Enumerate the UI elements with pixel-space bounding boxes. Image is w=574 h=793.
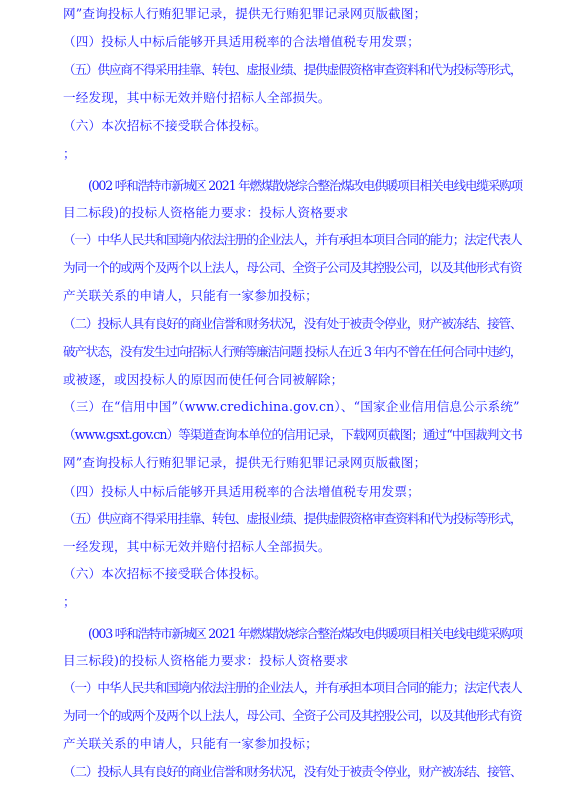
text-line: ； (63, 146, 523, 162)
text-line: （三）在“信用中国”（www.credichina.gov.cn）、“国家企业信… (63, 399, 523, 415)
text-line: ； (63, 594, 523, 610)
text-line: （一）中华人民共和国境内依法注册的企业法人，并有承担本项目合同的能力；法定代表人 (63, 232, 523, 248)
text-line: 为同一个的或两个及两个以上法人，母公司、全资子公司及其控股公司，以及其他形式有资 (63, 708, 523, 724)
text-line: （五）供应商不得采用挂靠、转包、虚报业绩、提供虚假资格审查资料和代为投标等形式， (63, 511, 523, 527)
document-page: 网”查询投标人行贿犯罪记录，提供无行贿犯罪记录网页版截图；（四）投标人中标后能够… (0, 0, 574, 793)
text-line: （六）本次招标不接受联合体投标。 (63, 118, 523, 134)
text-line: （五）供应商不得采用挂靠、转包、虚报业绩、提供虚假资格审查资料和代为投标等形式， (63, 62, 523, 78)
text-line: 网”查询投标人行贿犯罪记录，提供无行贿犯罪记录网页版截图； (63, 6, 523, 22)
text-line: （一）中华人民共和国境内依法注册的企业法人，并有承担本项目合同的能力；法定代表人 (63, 680, 523, 696)
text-line: 一经发现，其中标无效并赔付招标人全部损失。 (63, 90, 523, 106)
text-line: 破产状态，没有发生过向招标人行贿等廉洁问题 投标人在近 3 年内不曾在任何合同中… (63, 344, 523, 360)
text-line: （六）本次招标不接受联合体投标。 (63, 566, 523, 582)
text-line: （www.gsxt.gov.cn）等渠道查询本单位的信用记录，下载网页截图；通过… (63, 427, 523, 443)
text-line: 一经发现，其中标无效并赔付招标人全部损失。 (63, 539, 523, 555)
text-line: (002 呼和浩特市新城区 2021 年燃煤散烧综合整治煤改电供暖项目相关电线电… (88, 178, 548, 194)
text-line: 目二标段)的投标人资格能力要求：投标人资格要求 (63, 205, 523, 221)
text-line: （二）投标人具有良好的商业信誉和财务状况，没有处于被责令停业，财产被冻结、接管、 (63, 764, 523, 780)
text-line: 目三标段)的投标人资格能力要求：投标人资格要求 (63, 653, 523, 669)
text-line: （四）投标人中标后能够开具适用税率的合法增值税专用发票； (63, 484, 523, 500)
text-line: 产关联关系的申请人，只能有一家参加投标； (63, 736, 523, 752)
text-line: 或被逐，或因投标人的原因而使任何合同被解除； (63, 372, 523, 388)
text-line: (003 呼和浩特市新城区 2021 年燃煤散烧综合整治煤改电供暖项目相关电线电… (88, 626, 548, 642)
text-line: 网”查询投标人行贿犯罪记录，提供无行贿犯罪记录网页版截图； (63, 455, 523, 471)
text-line: 为同一个的或两个及两个以上法人，母公司、全资子公司及其控股公司，以及其他形式有资 (63, 260, 523, 276)
text-line: （二）投标人具有良好的商业信誉和财务状况，没有处于被责令停业，财产被冻结、接管、 (63, 316, 523, 332)
text-line: （四）投标人中标后能够开具适用税率的合法增值税专用发票； (63, 34, 523, 50)
text-line: 产关联关系的申请人，只能有一家参加投标； (63, 288, 523, 304)
